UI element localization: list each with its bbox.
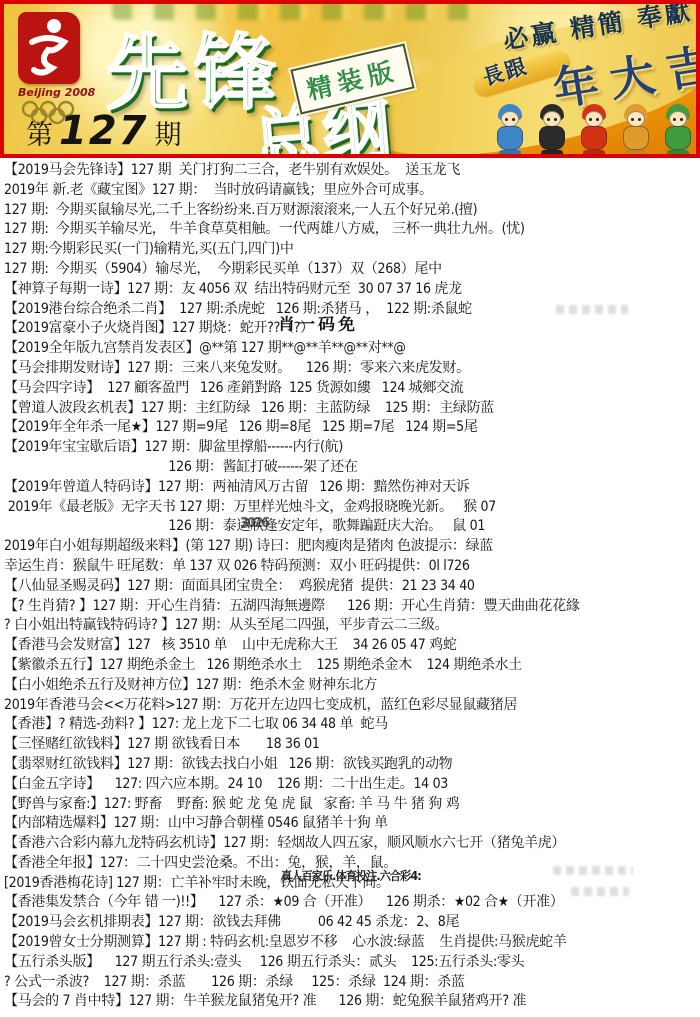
text-line: 127 期: 今期买羊输尽光， 牛羊食草莫相触。一代两雄八方威， 三杯一典壮九州… <box>4 220 700 240</box>
fuwa-mascot-icon <box>618 104 654 158</box>
text-line: 【马会的 7 肖中特】127 期：牛羊猴龙鼠猪兔开? 准 126 期：蛇兔猴羊鼠… <box>4 992 700 1012</box>
text-line: 【曾道人波段玄机表】127 期：主红防绿 126 期：主蓝防绿 125 期：主绿… <box>4 399 700 419</box>
text-line: 【紫徽杀五行】127 期绝杀金土 126 期绝杀水土 125 期绝杀金木 124… <box>4 656 700 676</box>
text-line: 【五行杀头版】 127 期五行杀头:壹头 126 期五行杀头：贰头 125:五行… <box>4 953 700 973</box>
text-line: 【? 生肖猜? 】127 期：开心生肖猜：五湖四海無邊際 126 期：开心生肖猜… <box>4 597 700 617</box>
text-line: 【三怪赌红欲钱料】127 期 欲钱看日本 18 36 01 <box>4 735 700 755</box>
text-line: ? 公式一杀波? 127 期：杀蓝 126 期：杀绿 125：杀绿 124 期：… <box>4 973 700 993</box>
text-line: 【2019马会先锋诗】127 期 关门打狗二三合，老牛别有欢娱处。 送玉龙飞 <box>4 161 700 181</box>
text-line: 127 期:今期彩民买(一门)输精光,买(五门,四门)中 <box>4 240 700 260</box>
text-line: 【神算子每期一诗】127 期：友 4056 双 结出特码财元至 30 07 37… <box>4 280 700 300</box>
text-line: 【香港六合彩内幕九龙特码玄机诗】127 期：轻烟故人四五家，顺风顺水六七开（猪兔… <box>4 834 700 854</box>
fuwa-mascots-icon <box>492 104 700 158</box>
text-line: 2019年《最老版》无字天书 127 期：万里样光烛斗文，金鸡报晓晚光新。 猴 … <box>4 498 700 518</box>
text-line: 【白金五字诗】 127: 四六应本期。24 10 126 期：二十出生走。14 … <box>4 775 700 795</box>
text-line: 【马会排期发财诗】127 期：三来八来兔发财。 126 期：零来六来虎发财。 <box>4 359 700 379</box>
text-line: 【2019年全年杀一尾★】127 期=9尾 126 期=8尾 125 期=7尾 … <box>4 418 700 438</box>
fuwa-mascot-icon <box>660 104 696 158</box>
text-line: 【2019马会玄机排期表】127 期：欲钱去拜佛 06 42 45 杀龙：2、8… <box>4 913 700 933</box>
text-line: 【野兽与家畜:】127: 野畜 野畜: 猴 蛇 龙 兔 虎 鼠 家畜: 羊 马 … <box>4 795 700 815</box>
overlay-stamp-text: 肖一码免 <box>278 311 358 334</box>
text-line: 【八仙显圣赐灵码】127 期：面面具团宝贵全： 鸡猴虎猪 提供：21 23 34… <box>4 577 700 597</box>
text-line: 【香港马会发财富】127 核 3510 单 山中无虎称大王 34 26 05 4… <box>4 636 700 656</box>
emblem-seal-icon <box>18 12 80 84</box>
issue-prefix: 第 <box>26 120 53 151</box>
fuwa-mascot-icon <box>534 104 570 158</box>
text-line: 【白小姐绝杀五行及财神方位】127 期：绝杀木金 财神东北方 <box>4 676 700 696</box>
text-line: 126 期：泰运欣逢安定年，歌舞蹁跹庆大治。 鼠 01 <box>4 517 700 537</box>
text-line: 【马会四字诗】 127 顧客盈門 126 產銷對路 125 货源如縷 124 城… <box>4 379 700 399</box>
text-line: 【香港集发禁合（今年 错 一)!!】 127 杀：★09 合（开准） 126 期… <box>4 893 700 913</box>
fuwa-mascot-icon <box>576 104 612 158</box>
text-line: 127 期: 今期买鼠输尽光,二千上客纷纷来.百万财源滚滚来,一人五个好兄弟.(… <box>4 201 700 221</box>
dancing-figure-icon <box>18 12 80 84</box>
emblem-caption: Beijing 2008 <box>18 86 104 99</box>
fuwa-mascot-icon <box>492 104 528 158</box>
header-banner: Beijing 2008 第127期 先锋 总纲 精装版 必赢 精簡 奉獻 長跟… <box>0 0 700 158</box>
text-line: 127 期: 今期买（5904）输尽光， 今期彩民买单（137）双（268）尾中 <box>4 260 700 280</box>
text-line: 2019年白小姐每期超级来料】(第 127 期) 诗曰：肥肉瘦肉是猪肉 色波提示… <box>4 537 700 557</box>
text-line: 【翡翠财红欲钱料】127 期：欲钱去找白小姐 126 期：欲钱买跑乳的动物 <box>4 755 700 775</box>
text-line: 幸运生肖：猴鼠牛 旺尾数：单 137 双 026 特码预测：双小 旺码提供：0l… <box>4 557 700 577</box>
lottery-tip-sheet: Beijing 2008 第127期 先锋 总纲 精装版 必赢 精簡 奉獻 長跟… <box>0 0 700 1017</box>
text-line: 【香港】? 精选-劲料? 】127: 龙上龙下二七取 06 34 48 单 蛇马 <box>4 715 700 735</box>
text-line: 【2019曾女士分期测算】127 期 : 特码玄机:皇恩岁不移 心水波:绿蓝 生… <box>4 933 700 953</box>
text-line: 【2019年曾道人特码诗】127 期：两袖清风万古留 126 期：黯然伤神对天诉 <box>4 478 700 498</box>
text-line: 【内部精选爆料】127 期：山中习静合朝槿 0546 鼠猪羊十狗 单 <box>4 814 700 834</box>
text-line: 【2019全年版九宫禁肖发表区】@**第 127 期**@**羊**@**对**… <box>4 339 700 359</box>
text-line: 126 期：酱缸打破------架了还在 <box>4 458 700 478</box>
text-line: ? 白小姐出特赢钱特码诗? 】127 期：从头至尾二四强，平步青云二三级。 <box>4 616 700 636</box>
text-lines-container: 【2019马会先锋诗】127 期 关门打狗二三合，老牛别有欢娱处。 送玉龙飞20… <box>4 161 700 1012</box>
overlay-ad-watermark: 真人百家乐.体育投注.六合彩4: <box>281 867 421 884</box>
tip-sheet-body: 【2019马会先锋诗】127 期 关门打狗二三合，老牛别有欢娱处。 送玉龙飞20… <box>0 158 700 1012</box>
text-line: 2019年香港马会<<万花料>127 期：万花开左边四七变成机，蓝红色彩尽显鼠藏… <box>4 696 700 716</box>
text-line: 2019年 新.老《藏宝图》127 期： 当时放码请赢钱；里应外合可成事。 <box>4 181 700 201</box>
text-line: 【2019年宝宝歇后语】127 期：脚盆里撑船------内行(航) <box>4 438 700 458</box>
